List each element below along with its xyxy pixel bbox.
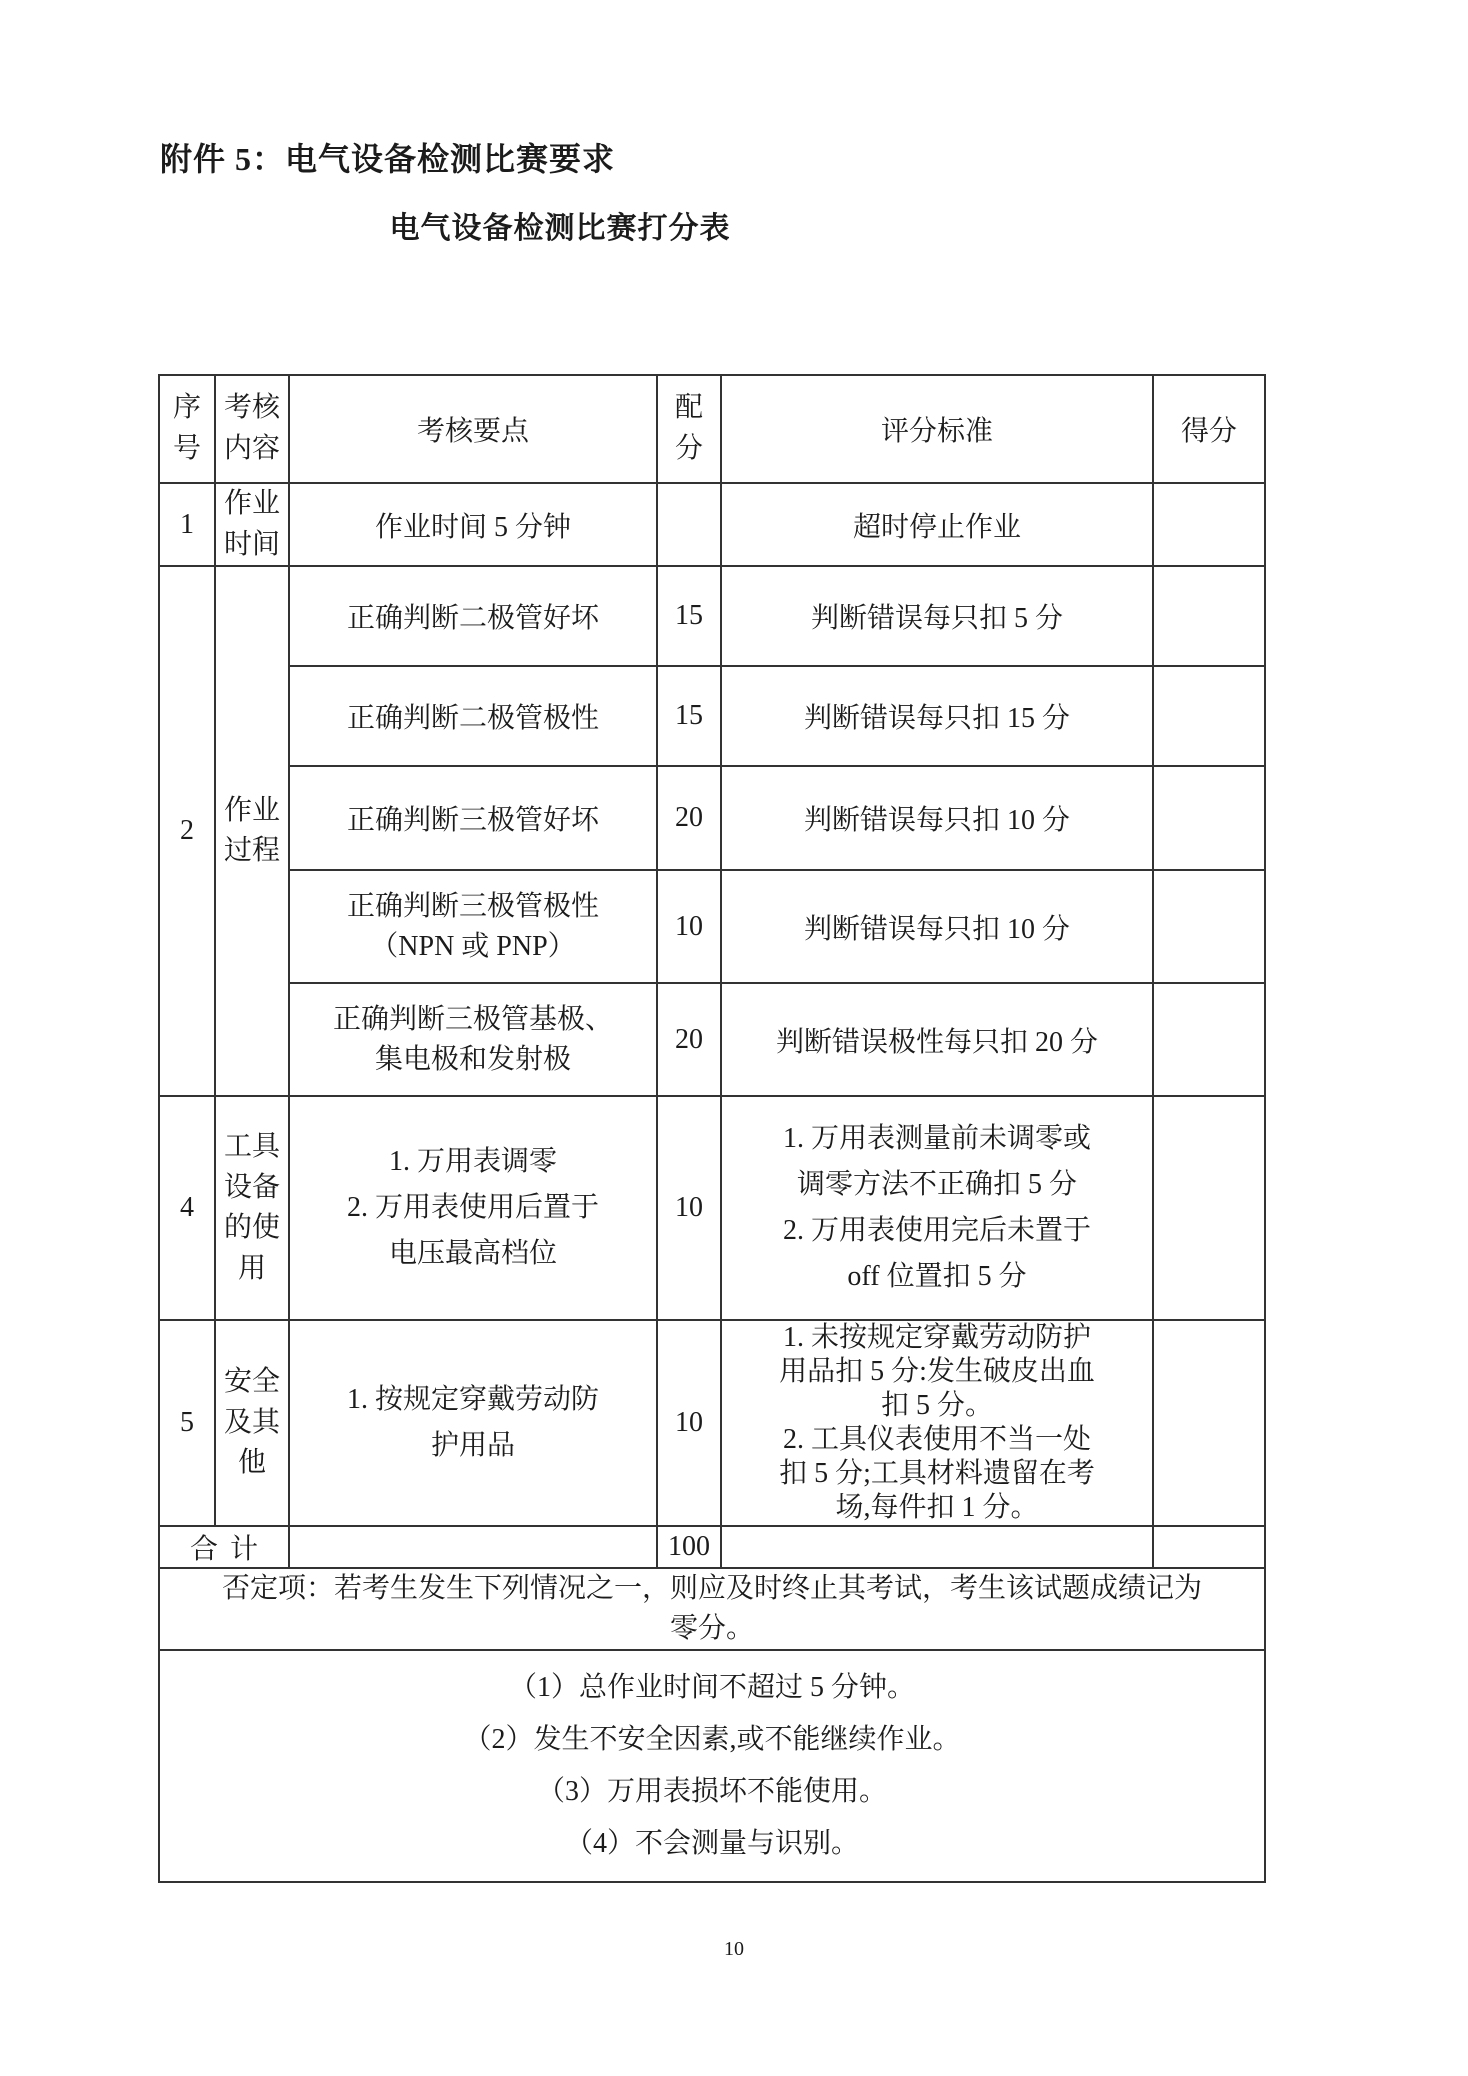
score-alloc-cell: 20 — [657, 983, 721, 1096]
total-result-cell — [1153, 1526, 1265, 1568]
result-cell — [1153, 983, 1265, 1096]
content-label: 作业过程 — [223, 791, 281, 872]
table-row: 1 作业时间 作业时间 5 分钟 超时停止作业 — [159, 483, 1265, 566]
no-cell: 1 — [159, 483, 215, 566]
header-no-label: 序号 — [172, 388, 202, 469]
content-cell: 工具设备的使用 — [215, 1096, 289, 1320]
no-cell: 4 — [159, 1096, 215, 1320]
no-cell: 2 — [159, 566, 215, 1096]
header-content: 考核内容 — [215, 375, 289, 483]
no-cell: 5 — [159, 1320, 215, 1526]
point-cell: 正确判断三极管极性 （NPN 或 PNP） — [289, 870, 657, 983]
criteria-cell: 判断错误每只扣 5 分 — [721, 566, 1153, 666]
point-cell: 1. 按规定穿戴劳动防 护用品 — [289, 1320, 657, 1526]
content-label: 工具设备的使用 — [223, 1127, 281, 1289]
header-score-alloc: 配分 — [657, 375, 721, 483]
header-no: 序号 — [159, 375, 215, 483]
total-label: 合计 — [178, 1534, 270, 1565]
header-score-alloc-label: 配分 — [674, 388, 704, 469]
score-alloc-cell — [657, 483, 721, 566]
point-cell: 正确判断三极管好坏 — [289, 766, 657, 870]
total-label-cell: 合计 — [159, 1526, 289, 1568]
veto-list-row: （1）总作业时间不超过 5 分钟。 （2）发生不安全因素,或不能继续作业。 （3… — [159, 1650, 1265, 1882]
table-row: 正确判断三极管好坏 20 判断错误每只扣 10 分 — [159, 766, 1265, 870]
table-row: 正确判断三极管基极、 集电极和发射极 20 判断错误极性每只扣 20 分 — [159, 983, 1265, 1096]
result-cell — [1153, 1320, 1265, 1526]
point-cell: 作业时间 5 分钟 — [289, 483, 657, 566]
veto-note-row: 否定项：若考生发生下列情况之一，则应及时终止其考试，考生该试题成绩记为 零分。 — [159, 1568, 1265, 1650]
scoring-table: 序号 考核内容 考核要点 配分 评分标准 得分 1 作业时间 作业时间 5 分钟… — [158, 374, 1266, 1883]
table-row: 5 安全及其他 1. 按规定穿戴劳动防 护用品 10 1. 未按规定穿戴劳动防护… — [159, 1320, 1265, 1526]
criteria-cell: 判断错误每只扣 10 分 — [721, 766, 1153, 870]
point-cell: 正确判断二极管极性 — [289, 666, 657, 766]
score-alloc-cell: 20 — [657, 766, 721, 870]
result-cell — [1153, 766, 1265, 870]
veto-note: 否定项：若考生发生下列情况之一，则应及时终止其考试，考生该试题成绩记为 零分。 — [159, 1568, 1265, 1650]
point-cell: 正确判断二极管好坏 — [289, 566, 657, 666]
result-cell — [1153, 870, 1265, 983]
criteria-cell: 判断错误每只扣 10 分 — [721, 870, 1153, 983]
result-cell — [1153, 566, 1265, 666]
criteria-cell: 判断错误每只扣 15 分 — [721, 666, 1153, 766]
result-cell — [1153, 666, 1265, 766]
table-title: 电气设备检测比赛打分表 — [0, 203, 1120, 247]
total-score-cell: 100 — [657, 1526, 721, 1568]
score-alloc-cell: 10 — [657, 1096, 721, 1320]
criteria-cell: 1. 未按规定穿戴劳动防护 用品扣 5 分:发生破皮出血 扣 5 分。 2. 工… — [721, 1320, 1153, 1526]
content-cell: 作业时间 — [215, 483, 289, 566]
veto-item: （4）不会测量与识别。 — [160, 1818, 1264, 1870]
total-row: 合计 100 — [159, 1526, 1265, 1568]
table-row: 4 工具设备的使用 1. 万用表调零 2. 万用表使用后置于 电压最高档位 10… — [159, 1096, 1265, 1320]
header-point: 考核要点 — [289, 375, 657, 483]
criteria-cell: 判断错误极性每只扣 20 分 — [721, 983, 1153, 1096]
point-cell: 正确判断三极管基极、 集电极和发射极 — [289, 983, 657, 1096]
content-cell: 作业过程 — [215, 566, 289, 1096]
score-alloc-cell: 10 — [657, 1320, 721, 1526]
criteria-cell: 超时停止作业 — [721, 483, 1153, 566]
document-page: 附件 5：电气设备检测比赛要求 电气设备检测比赛打分表 序号 考核内容 考核要点… — [0, 0, 1468, 2076]
score-alloc-cell: 10 — [657, 870, 721, 983]
criteria-cell: 1. 万用表测量前未调零或 调零方法不正确扣 5 分 2. 万用表使用完后未置于… — [721, 1096, 1153, 1320]
veto-item: （3）万用表损坏不能使用。 — [160, 1766, 1264, 1818]
score-alloc-cell: 15 — [657, 566, 721, 666]
content-label: 作业时间 — [223, 484, 281, 565]
header-score: 得分 — [1153, 375, 1265, 483]
table-row: 正确判断二极管极性 15 判断错误每只扣 15 分 — [159, 666, 1265, 766]
total-point-cell — [289, 1526, 657, 1568]
score-alloc-cell: 15 — [657, 666, 721, 766]
attachment-heading: 附件 5：电气设备检测比赛要求 — [160, 134, 615, 180]
header-row: 序号 考核内容 考核要点 配分 评分标准 得分 — [159, 375, 1265, 483]
veto-item: （1）总作业时间不超过 5 分钟。 — [160, 1662, 1264, 1714]
veto-list: （1）总作业时间不超过 5 分钟。 （2）发生不安全因素,或不能继续作业。 （3… — [159, 1650, 1265, 1882]
table-row: 2 作业过程 正确判断二极管好坏 15 判断错误每只扣 5 分 — [159, 566, 1265, 666]
content-cell: 安全及其他 — [215, 1320, 289, 1526]
veto-item: （2）发生不安全因素,或不能继续作业。 — [160, 1714, 1264, 1766]
page-number: 10 — [0, 1938, 1468, 1961]
result-cell — [1153, 1096, 1265, 1320]
table-row: 正确判断三极管极性 （NPN 或 PNP） 10 判断错误每只扣 10 分 — [159, 870, 1265, 983]
content-label: 安全及其他 — [223, 1362, 281, 1484]
point-cell: 1. 万用表调零 2. 万用表使用后置于 电压最高档位 — [289, 1096, 657, 1320]
header-content-label: 考核内容 — [223, 388, 281, 469]
result-cell — [1153, 483, 1265, 566]
total-criteria-cell — [721, 1526, 1153, 1568]
header-criteria: 评分标准 — [721, 375, 1153, 483]
